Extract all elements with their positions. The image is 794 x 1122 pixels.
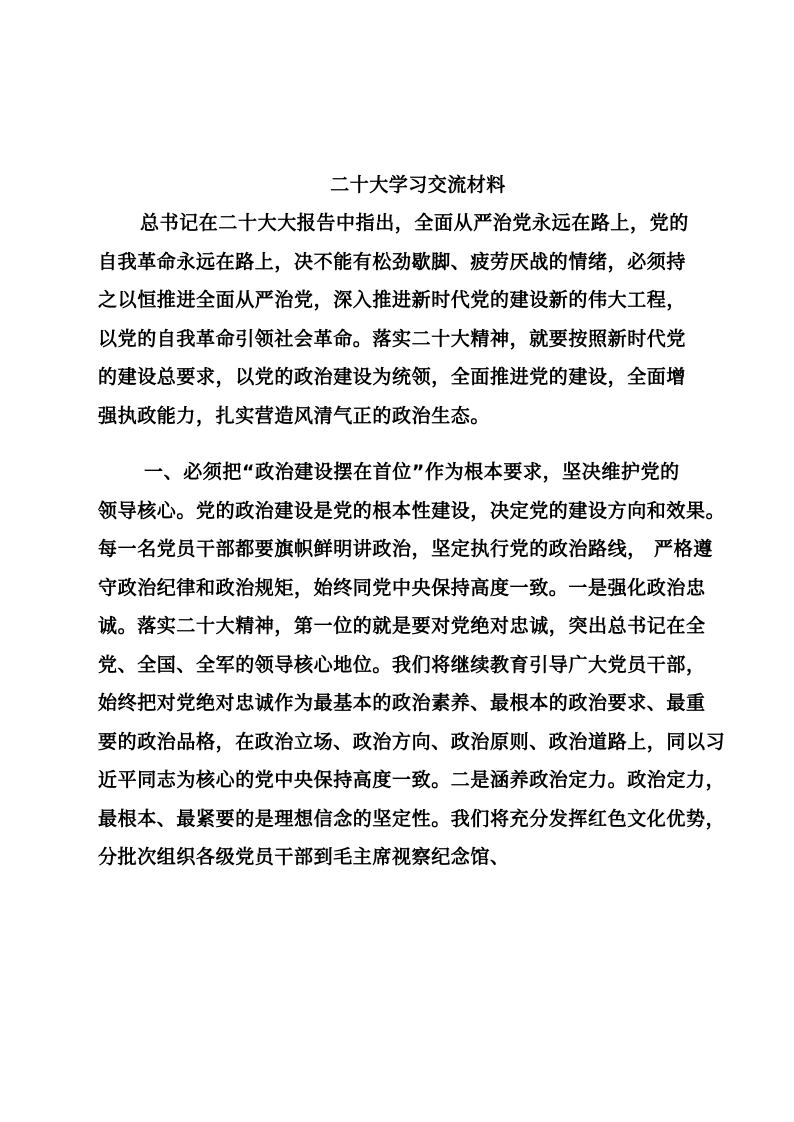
paragraph-spacer [98, 435, 698, 453]
text-line: 守政治纪律和政治规矩，始终同党中央保持高度一致。一是强化政治忠 [98, 569, 698, 608]
text-line: 每一名党员干部都要旗帜鲜明讲政治，坚定执行党的政治路线， 严格遵 [98, 530, 698, 569]
paragraph-intro: 总书记在二十大大报告中指出，全面从严治党永远在路上，党的 自我革命永远在路上，决… [98, 204, 698, 435]
text-line: 党、全国、全军的领导核心地位。我们将继续教育引导广大党员干部， [98, 646, 698, 685]
text-line: 之以恒推进全面从严治党，深入推进新时代党的建设新的伟大工程， [98, 281, 698, 320]
text-line: 的建设总要求，以党的政治建设为统领，全面推进党的建设，全面增 [98, 358, 698, 397]
text-line: 诚。落实二十大精神，第一位的就是要对党绝对忠诚，突出总书记在全 [98, 607, 698, 646]
text-line: 最根本、最紧要的是理想信念的坚定性。我们将充分发挥红色文化优势， [98, 800, 698, 839]
text-line: 始终把对党绝对忠诚作为最基本的政治素养、最根本的政治要求、最重 [98, 684, 698, 723]
text-line: 总书记在二十大大报告中指出，全面从严治党永远在路上，党的 [98, 204, 698, 243]
text-line: 近平同志为核心的党中央保持高度一致。二是涵养政治定力。政治定力， [98, 761, 698, 800]
text-line: 强执政能力，扎实营造风清气正的政治生态。 [98, 397, 698, 436]
text-line: 分批次组织各级党员干部到毛主席视察纪念馆、 [98, 838, 698, 877]
text-line: 要的政治品格，在政治立场、政治方向、政治原则、政治道路上，同以习 [98, 723, 698, 762]
text-line: 以党的自我革命引领社会革命。落实二十大精神，就要按照新时代党 [98, 320, 698, 359]
document-page: 二十大学习交流材料 总书记在二十大大报告中指出，全面从严治党永远在路上，党的 自… [98, 170, 698, 877]
text-line: 领导核心。党的政治建设是党的根本性建设，决定党的建设方向和效果。 [98, 492, 698, 531]
text-line: 自我革命永远在路上，决不能有松劲歇脚、疲劳厌战的情绪，必须持 [98, 243, 698, 282]
paragraph-section-one: 一、必须把“政治建设摆在首位”作为根本要求，坚决维护党的 领导核心。党的政治建设… [98, 453, 698, 877]
document-title: 二十大学习交流材料 [98, 170, 698, 200]
section-heading-line: 一、必须把“政治建设摆在首位”作为根本要求，坚决维护党的 [98, 453, 698, 492]
